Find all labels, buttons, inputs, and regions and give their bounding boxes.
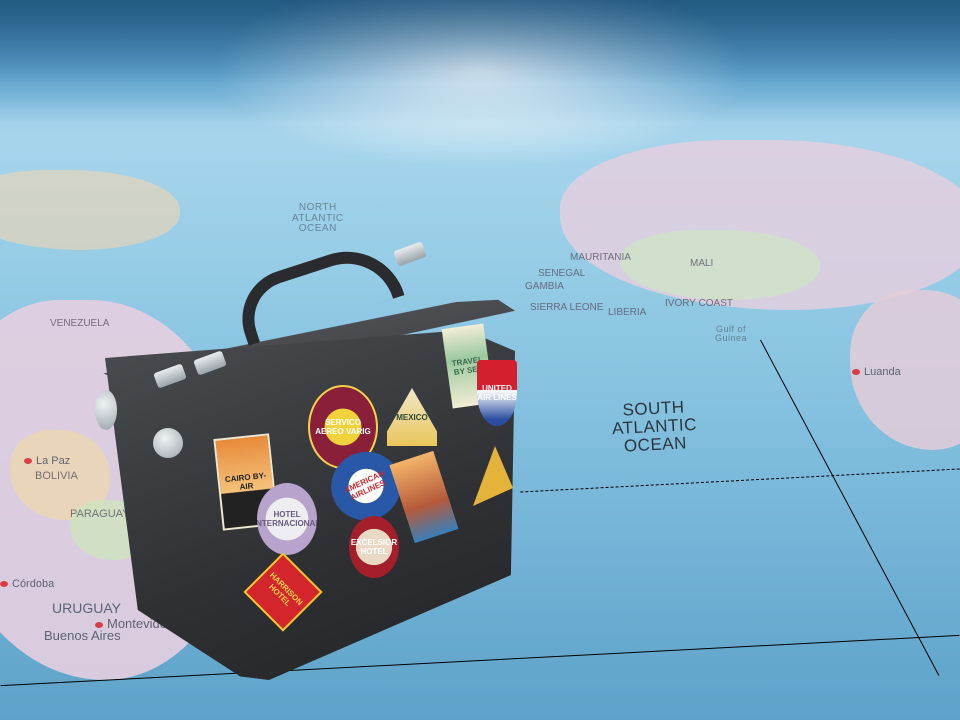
- country-label: IVORY COAST: [665, 298, 733, 309]
- country-label: SIERRA LEONE: [530, 302, 603, 313]
- suitcase-clasp: [393, 241, 427, 266]
- country-label: LIBERIA: [608, 307, 646, 318]
- sticker-excelsior-hotel: EXCELSIOR HOTEL: [349, 516, 399, 578]
- city-label: La Paz: [24, 455, 70, 467]
- country-label: SENEGAL: [538, 268, 585, 279]
- sticker-hotel-internacional: HOTEL INTERNACIONAL: [257, 483, 317, 555]
- sticker-united: UNITED AIR LINES: [477, 360, 517, 426]
- suitcase-corner: [153, 428, 183, 458]
- country-label: BOLIVIA: [35, 470, 78, 482]
- sky-haze: [0, 0, 960, 140]
- country-label: MALI: [690, 258, 713, 269]
- country-label: MAURITANIA: [570, 252, 631, 263]
- north-atlantic-label: NORTH ATLANTIC OCEAN: [292, 203, 344, 235]
- map-gridline: [520, 468, 959, 492]
- land-north-america: [0, 170, 180, 250]
- country-label: GAMBIA: [525, 281, 564, 292]
- south-atlantic-label: SOUTH ATLANTIC OCEAN: [611, 398, 699, 456]
- city-label: Luanda: [852, 366, 901, 378]
- city-label: Córdoba: [0, 578, 54, 590]
- suitcase: CAIRO BY-AIR SERVICO AEREO VARIG MEXICO …: [95, 240, 525, 690]
- gulf-of-guinea-label: Gulf of Guinea: [715, 325, 747, 344]
- suitcase-corner: [95, 390, 117, 430]
- photo-scene: SOUTH ATLANTIC OCEAN NORTH ATLANTIC OCEA…: [0, 0, 960, 720]
